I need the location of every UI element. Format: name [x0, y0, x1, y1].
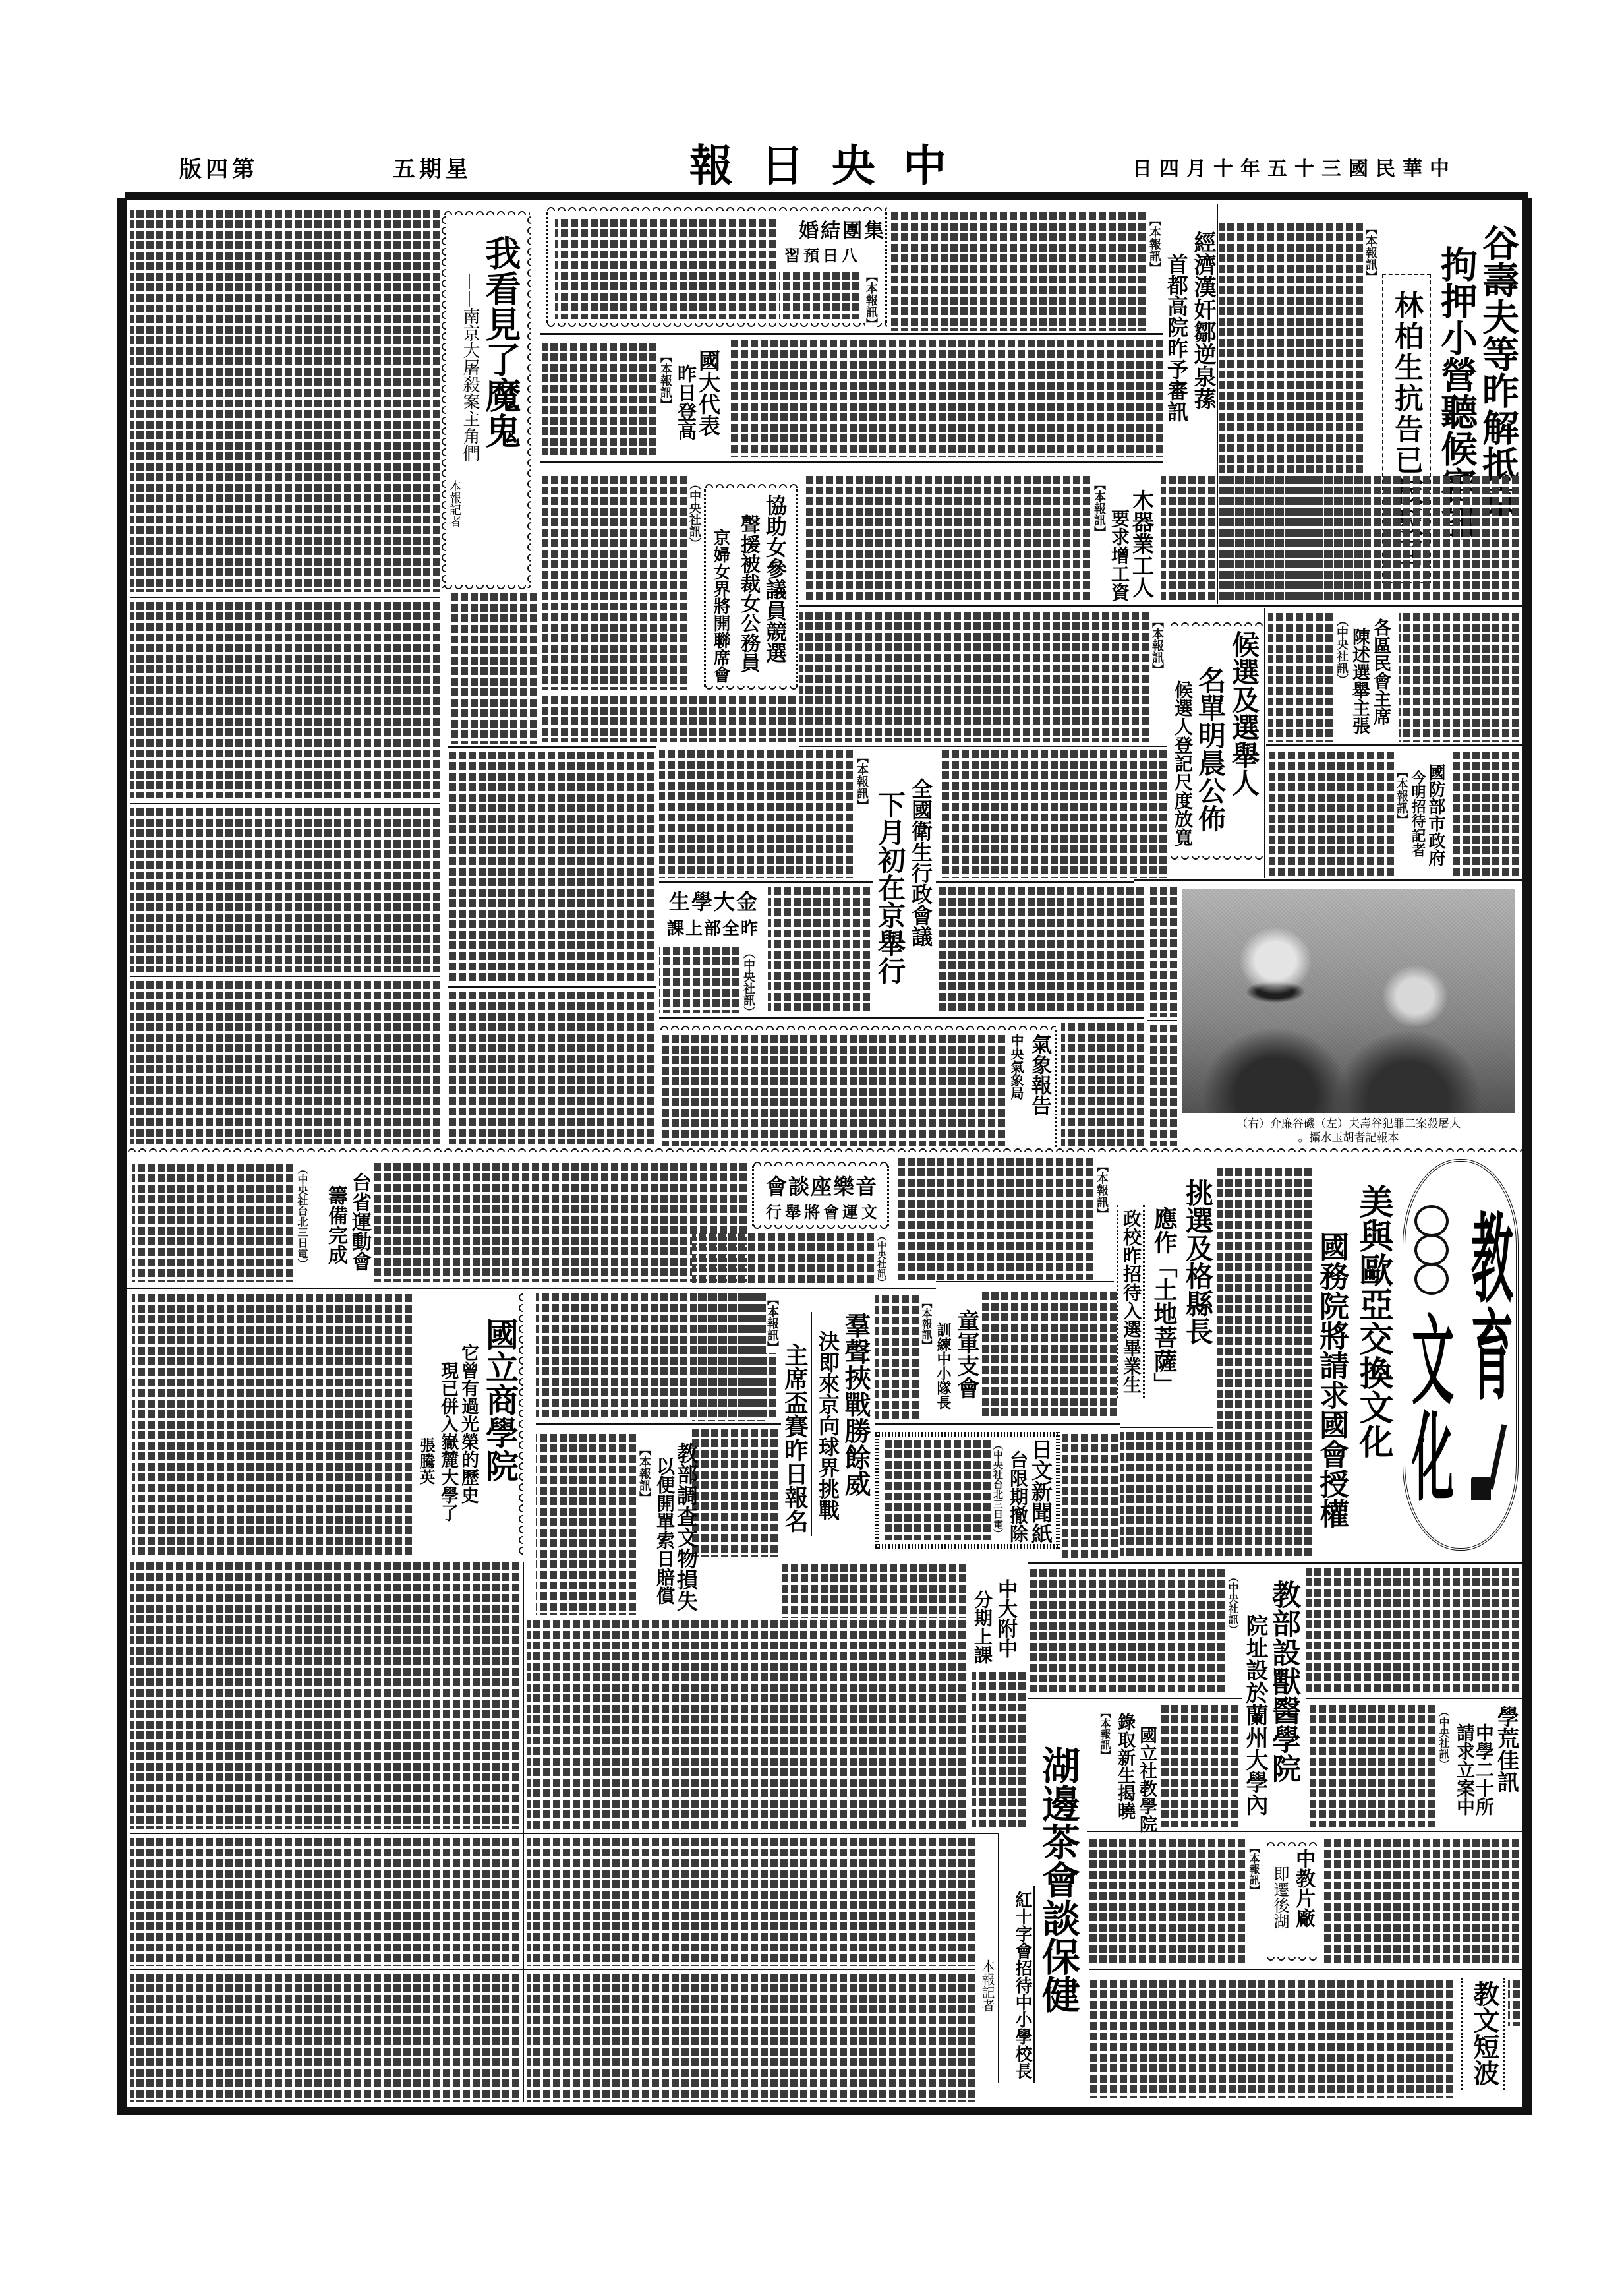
- article-body-text: [132, 1294, 412, 1556]
- subhead-jinling: 昨全部上課: [667, 920, 759, 937]
- article-body-text: [1147, 887, 1177, 1017]
- article-body-text: [1217, 1168, 1312, 1557]
- dateline: 【本報訊】: [638, 1444, 650, 1503]
- article-body-text: [527, 1620, 966, 1829]
- box-hatched-border: [1056, 1432, 1060, 1549]
- headline-lakeside-tea: 湖邊茶會談保健: [1039, 1746, 1077, 2013]
- column-divider: [811, 1312, 812, 1536]
- photo-caption-line-2: 本報記者胡玉水攝。: [1182, 1133, 1515, 1144]
- column-rule: [1134, 879, 1522, 881]
- article-body-text: [1147, 1025, 1177, 1146]
- headline-scouts: 童軍支會: [955, 1309, 977, 1399]
- headline-candidates-1: 候選及選舉人: [1230, 630, 1258, 796]
- column-divider: [998, 1833, 999, 2083]
- article-body-text: [130, 1974, 519, 2102]
- dateline: （中央社訊）: [1335, 614, 1347, 686]
- weekday: 星期五: [393, 158, 472, 181]
- masthead-date: 中華民國三十五年十月四日: [1132, 160, 1457, 179]
- dateline: 【本報訊】: [766, 1293, 778, 1353]
- headline-affiliated-school: 中大附中: [995, 1579, 1015, 1658]
- headline-school-shortage: 學荒佳訊: [1496, 1706, 1518, 1793]
- box-hatched-border: [875, 1432, 879, 1549]
- article-body-text: [132, 1164, 293, 1282]
- box-wavy-border: [443, 210, 530, 215]
- section-divider: [127, 1147, 1522, 1152]
- photo-caption-line-1: 大屠殺案二罪犯谷壽夫（左）磯谷廉介（右）: [1182, 1119, 1515, 1130]
- box-side: [704, 489, 706, 687]
- headline-briefs: 教文短波: [1471, 1980, 1497, 2086]
- news-photo: [1182, 889, 1515, 1113]
- headline-football-1: 羣聲挾戰勝餘威: [842, 1312, 869, 1497]
- column-rule: [130, 803, 440, 804]
- box-wavy-border: [1265, 1957, 1318, 1962]
- weather-source: 中央氣象局: [1010, 1034, 1023, 1100]
- article-body-text: [536, 1434, 636, 1615]
- article-body-text: [542, 696, 796, 742]
- article-body-text: [1268, 613, 1333, 742]
- article-body-text: [1160, 1705, 1238, 1827]
- column-rule: [799, 746, 1167, 747]
- dateline: 【本報訊】: [855, 752, 867, 811]
- box-wavy-border: [1169, 856, 1263, 861]
- article-body-text: [799, 612, 1149, 742]
- article-body-text: [130, 602, 440, 798]
- article-body-text: [659, 750, 853, 878]
- knot-ornament-icon: [1414, 1234, 1449, 1266]
- headline-culture-exchange: 美與歐亞交換文化: [1356, 1184, 1390, 1458]
- subhead-school-shortage-1: 中學二十所: [1474, 1723, 1493, 1816]
- article-body-text: [1321, 1839, 1519, 1963]
- box-side: [796, 489, 797, 687]
- article-body-text: [130, 1838, 519, 1966]
- headline-wood-workers-1: 木器業工人: [1131, 489, 1153, 598]
- box-side: [546, 212, 548, 323]
- article-body-text: [779, 272, 859, 319]
- column-rule: [1147, 1020, 1177, 1021]
- dateline: 【本報訊】: [1151, 616, 1163, 675]
- headline-group-wedding: 集團結婚: [799, 222, 886, 241]
- bracket: [1503, 1978, 1505, 2090]
- headline-women-3: 京婦女界將開聯席會: [712, 529, 729, 683]
- subhead-lakeside-tea: 紅十字會招待中小學校長: [1014, 1891, 1031, 2079]
- subhead-music-forum: 文運會將舉行: [766, 1204, 881, 1220]
- article-body-text: [936, 887, 1144, 1013]
- dateline: （中央社台北三日電）: [993, 1440, 1002, 1539]
- column-rule: [127, 1288, 936, 1289]
- box-wavy-border: [659, 1025, 1056, 1030]
- headline-football-3: 主席盃賽昨日報名: [783, 1343, 807, 1533]
- box-wavy-border: [752, 1160, 889, 1166]
- dateline: 【本報訊】: [1099, 1708, 1110, 1760]
- dateline: 【本報訊】: [1093, 479, 1105, 538]
- dateline: 【本報訊】: [1095, 1160, 1107, 1220]
- article-body-text: [882, 1440, 991, 1540]
- column-rule: [1306, 1698, 1522, 1699]
- page-border-left: [117, 198, 127, 2115]
- article-body-text: [1120, 1432, 1213, 1557]
- article-body-text: [971, 1672, 1026, 1829]
- headline-candidates-2: 名單明晨公佈: [1196, 666, 1224, 832]
- box-side: [752, 1166, 754, 1226]
- article-body-text: [542, 343, 656, 455]
- column-rule: [540, 333, 1163, 335]
- subhead-social-education: 錄取新生揭曉: [1116, 1713, 1134, 1820]
- masthead-rule: [125, 192, 1528, 200]
- article-body-text: [130, 808, 440, 972]
- masthead-title: 中央日報: [689, 144, 974, 187]
- article-body-text: [1269, 752, 1394, 877]
- headline-delegates-1: 國大代表: [697, 349, 719, 436]
- column-rule: [130, 597, 440, 598]
- byline: 本報記者: [981, 1959, 994, 2012]
- headline-women-2: 聲援被裁女公務員: [738, 514, 758, 672]
- dateline: 【本報訊】: [1148, 214, 1160, 274]
- dateline: （中央社訊）: [742, 947, 754, 1018]
- box-wavy-border: [526, 215, 531, 588]
- column-rule: [1266, 744, 1522, 746]
- headline-commerce-college: 國立商學院: [483, 1317, 516, 1482]
- article-body-text: [1310, 1705, 1435, 1827]
- article-body-text: [692, 1293, 765, 1421]
- article-body-text: [982, 1292, 1117, 1419]
- column-rule: [659, 1017, 1144, 1019]
- article-body-text: [1451, 752, 1519, 877]
- byline: 本報記者: [448, 480, 460, 527]
- article-body-text: [875, 1295, 919, 1419]
- article-body-text: [527, 1838, 975, 1966]
- headline-traitor-trial-1: 經濟漢奸鄒逆泉蓀: [1192, 231, 1214, 410]
- subhead-culture-exchange: 國務院將請求國會授權: [1317, 1232, 1347, 1528]
- article-body-text: [555, 219, 776, 319]
- headline-football-2: 決即來京向球界挑戰: [817, 1330, 838, 1520]
- dateline: （中央社訊）: [877, 1232, 886, 1287]
- dateline: （中央社訊）: [1438, 1706, 1449, 1769]
- knot-ornament-icon: [1414, 1205, 1449, 1237]
- headline-district-chairs-2: 陳述選舉主張: [1350, 628, 1368, 734]
- subhead-taiwan-games: 籌備完成: [326, 1185, 345, 1264]
- article-body-text: [1061, 1023, 1144, 1146]
- article-body-text: [448, 992, 654, 1144]
- headline-delegates-2: 昨日登高: [676, 364, 695, 440]
- article-body-text: [804, 476, 1090, 601]
- section-banner-culture: 文化: [1408, 1309, 1450, 1503]
- column-rule: [659, 881, 873, 883]
- article-body-text: [782, 1564, 966, 1618]
- page-number: 第四版: [179, 158, 258, 181]
- article-body-text: [728, 340, 1163, 457]
- dateline: 【本報訊】: [659, 351, 671, 410]
- headline-social-education: 國立社教學院: [1138, 1726, 1155, 1833]
- column-rule: [130, 1833, 998, 1834]
- column-divider-wavy: [517, 1292, 523, 1556]
- headline-japanese-papers: 日文新聞紙: [1030, 1439, 1051, 1544]
- box-wavy-border: [704, 483, 797, 488]
- column-rule: [936, 881, 1134, 883]
- subhead-candidates: 候選人登記尺度放寬: [1173, 680, 1192, 846]
- article-body-text: [1029, 1569, 1225, 1692]
- headline-feature: 我看見了魔鬼: [483, 235, 519, 448]
- headline-jinling: 金大學生: [669, 891, 759, 912]
- headline-weather: 氣象報告: [1029, 1034, 1049, 1115]
- column-rule: [540, 461, 1163, 463]
- article-body-text: [448, 593, 537, 744]
- column-rule: [1087, 1831, 1522, 1832]
- newspaper-page: 第四版 星期五 中央日報 中華民國三十五年十月四日 谷壽夫等昨解抵京 拘押小營聽…: [0, 0, 1624, 2287]
- subhead-film-studio: 即遷後湖: [1272, 1866, 1288, 1929]
- column-rule: [875, 1423, 1120, 1425]
- subhead-county-magistrates: 應作「土地菩薩」: [1152, 1206, 1176, 1396]
- box-wavy-border: [546, 206, 887, 211]
- dateline: （中央社訊）: [1227, 1572, 1238, 1635]
- box-hatched-border: [875, 1432, 1060, 1437]
- headline-press-2: 今明招待記者: [1410, 770, 1425, 857]
- article-body-text: [374, 1163, 747, 1282]
- box-wavy-border: [443, 585, 530, 591]
- headline-health-1: 全國衛生行政會議: [910, 778, 931, 947]
- section-banner-education: 教育: [1467, 1208, 1509, 1402]
- article-body-text: [1089, 1980, 1453, 2098]
- box-wavy-border: [1265, 1841, 1318, 1846]
- column-divider: [523, 1562, 524, 2102]
- article-body-text: [1508, 1980, 1520, 2026]
- dateline: （中央社台北三日電）: [297, 1164, 307, 1269]
- column-divider: [1264, 608, 1265, 878]
- subhead-scouts: 訓練中小隊長: [936, 1322, 950, 1410]
- headline-veterinary: 教部設獸醫學院: [1269, 1580, 1298, 1783]
- article-body-text: [1306, 1568, 1519, 1692]
- kicker-county-magistrates: 政校昨招待入選畢業生: [1122, 1209, 1140, 1394]
- subhead-commerce-college-2: 現已併入嶽麓大學了: [439, 1361, 457, 1522]
- box-wavy-border: [1169, 621, 1263, 626]
- article-body-text: [130, 210, 440, 592]
- article-body-text: [659, 947, 739, 1013]
- subhead-group-wedding: 八日預習: [784, 248, 861, 264]
- column-rule: [1028, 1562, 1522, 1564]
- subhead-feature: ——南京大屠殺案主角們: [461, 273, 478, 461]
- column-rule: [448, 986, 656, 988]
- headline-music-forum: 音樂座談會: [766, 1176, 878, 1197]
- box-side: [887, 1166, 889, 1226]
- subhead-japanese-papers: 台限期撤除: [1008, 1450, 1027, 1543]
- subhead-veterinary: 院址設於蘭州大學內: [1244, 1614, 1266, 1816]
- dateline: 【本報訊】: [921, 1297, 931, 1350]
- article-body-text: [448, 752, 654, 982]
- subhead-commerce-college-1: 它曾有過光榮的歷史: [459, 1344, 477, 1504]
- subhead-school-shortage-2: 請求立案中: [1455, 1723, 1474, 1816]
- box-hatched-border: [875, 1544, 1060, 1549]
- column-rule: [799, 605, 1522, 607]
- column-rule: [1120, 1427, 1213, 1428]
- column-divider: [1033, 1886, 1035, 2083]
- column-rule: [1089, 1969, 1522, 1970]
- headline-cultural-losses: 教部調查文物損失: [676, 1442, 697, 1611]
- article-body-text: [692, 1429, 778, 1557]
- bracket: [1461, 1978, 1463, 2090]
- article-body-text: [898, 1158, 1093, 1280]
- column-rule: [1028, 1698, 1242, 1699]
- byline: 張騰英: [418, 1437, 434, 1485]
- dateline: 【本報訊】: [1364, 223, 1376, 282]
- article-body-text: [1087, 1839, 1245, 1963]
- article-body-text: [692, 1233, 874, 1283]
- candidate-count-list: [941, 750, 1167, 878]
- headline-traitor-trial-2: 首都高院昨予審訊: [1166, 253, 1187, 422]
- headline-war-criminals-1: 谷壽夫等昨解抵京: [1480, 224, 1517, 520]
- weather-report-text: [662, 1035, 1005, 1146]
- headline-taiwan-games: 台省運動會: [349, 1172, 369, 1271]
- dateline: （中央社訊）: [688, 478, 700, 549]
- article-body-text: [542, 476, 687, 690]
- article-body-text: [130, 981, 440, 1144]
- article-body-text: [1399, 613, 1519, 742]
- headline-women-1: 協助女參議員競選: [765, 494, 786, 663]
- column-rule: [936, 1281, 1114, 1282]
- column-rule: [130, 1969, 975, 1970]
- subhead-affiliated-school: 分期上課: [973, 1590, 991, 1664]
- box-side: [1055, 1030, 1057, 1147]
- article-body-text: [768, 887, 870, 1013]
- article-body-text: [891, 212, 1145, 331]
- article-body-text: [1062, 1434, 1118, 1559]
- knot-ornament-icon: [1414, 1263, 1449, 1295]
- headline-wood-workers-2: 要求增工資: [1110, 509, 1128, 601]
- article-body-text: [527, 1974, 975, 2102]
- box-wavy-border: [752, 1225, 889, 1230]
- article-body-text: [1219, 476, 1519, 601]
- article-body-text: [130, 1562, 519, 1829]
- dateline: 【本報訊】: [1248, 1843, 1259, 1895]
- headline-press-1: 國防部市政府: [1427, 763, 1444, 866]
- ink-bottle-icon: [1471, 1477, 1491, 1500]
- headline-county-magistrates: 挑選及格縣長: [1184, 1179, 1211, 1345]
- box-wavy-border: [704, 686, 797, 691]
- column-rule: [448, 746, 656, 748]
- column-divider: [1217, 204, 1218, 604]
- headline-health-2: 下月初在京舉行: [876, 790, 904, 984]
- column-rule: [692, 1423, 781, 1425]
- column-rule: [130, 976, 440, 977]
- subhead-cultural-losses: 以便開單索日賠償: [655, 1457, 674, 1605]
- dateline: 【本報訊】: [865, 270, 877, 330]
- dateline: 【本報訊】: [1395, 766, 1407, 825]
- box-wavy-border: [440, 215, 446, 588]
- article-body-text: [1161, 476, 1215, 601]
- headline-district-chairs-1: 各區民會主席: [1372, 618, 1389, 725]
- page-border-bottom: [117, 2107, 1532, 2115]
- headline-film-studio: 中教片廠: [1293, 1849, 1313, 1928]
- box-wavy-border: [546, 323, 887, 328]
- bracket: [1143, 1205, 1145, 1398]
- page-border-right: [1522, 198, 1532, 2115]
